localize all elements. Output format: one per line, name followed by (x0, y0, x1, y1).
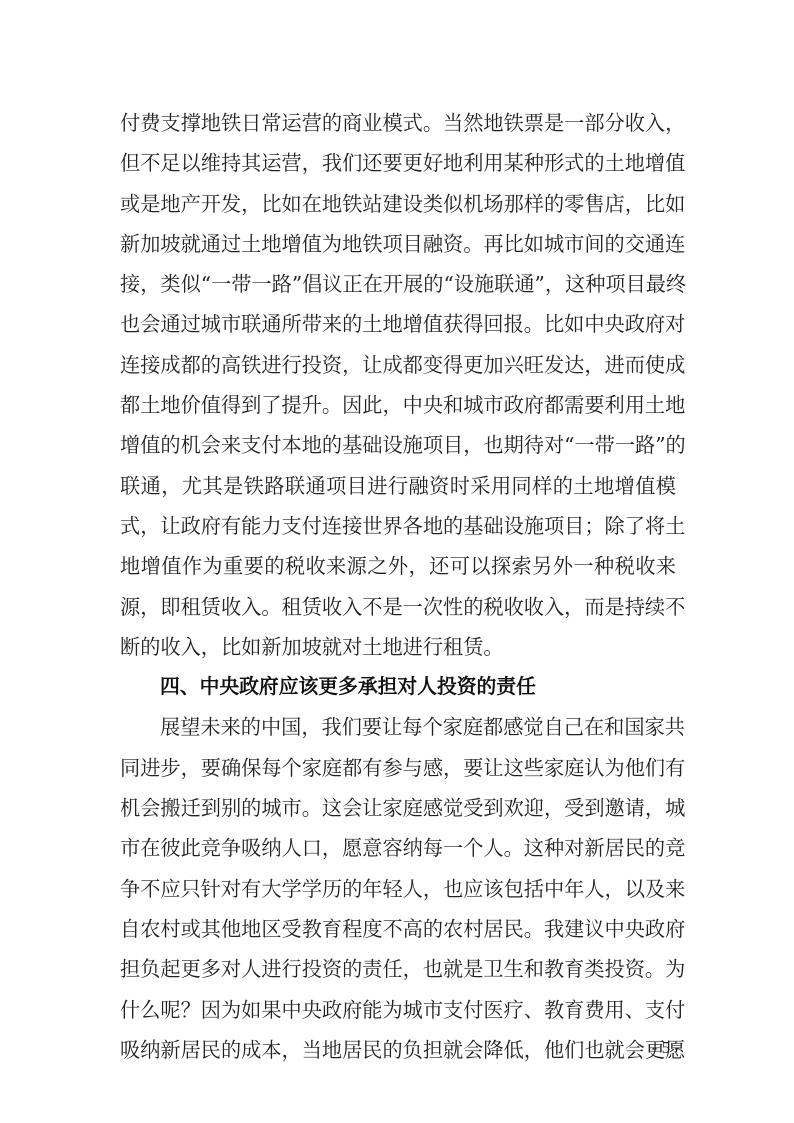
paragraph-line: 接，类似“一带一路”倡议正在开展的“设施联通”，这种项目最终 (120, 264, 676, 304)
paragraph-line: 市在彼此竞争吸纳人口，愿意容纳每一个人。这种对新居民的竞 (120, 828, 676, 868)
paragraph-line: 地增值作为重要的税收来源之外，还可以探索另外一种税收来 (120, 546, 676, 586)
paragraph-line: 展望未来的中国，我们要让每个家庭都感觉自己在和国家共 (120, 707, 676, 747)
paragraph-line: 新加坡就通过土地增值为地铁项目融资。再比如城市间的交通连 (120, 224, 676, 264)
paragraph-line: 机会搬迁到别的城市。这会让家庭感觉受到欢迎，受到邀请，城 (120, 788, 676, 828)
paragraph-line: 增值的机会来支付本地的基础设施项目，也期待对“一带一路”的 (120, 425, 676, 465)
document-page: 付费支撑地铁日常运营的商业模式。当然地铁票是一部分收入， 但不足以维持其运营，我… (0, 0, 794, 1123)
paragraph-line: 都土地价值得到了提升。因此，中央和城市政府都需要利用土地 (120, 385, 676, 425)
paragraph-line: 连接成都的高铁进行投资，让成都变得更加兴旺发达，进而使成 (120, 345, 676, 385)
paragraph-line: 什么呢？因为如果中央政府能为城市支付医疗、教育费用、支付 (120, 990, 676, 1030)
paragraph-line: 断的收入，比如新加坡就对土地进行租赁。 (120, 627, 676, 667)
paragraph-line: 争不应只针对有大学学历的年轻人，也应该包括中年人，以及来 (120, 869, 676, 909)
page-number: - 5 - (640, 1038, 680, 1058)
paragraph-line: 同进步，要确保每个家庭都有参与感，要让这些家庭认为他们有 (120, 748, 676, 788)
paragraph-line: 源，即租赁收入。租赁收入不是一次性的税收收入，而是持续不 (120, 587, 676, 627)
paragraph-line: 联通，尤其是铁路联通项目进行融资时采用同样的土地增值模 (120, 466, 676, 506)
paragraph-line: 但不足以维持其运营，我们还要更好地利用某种形式的土地增值 (120, 143, 676, 183)
paragraph-line: 式，让政府有能力支付连接世界各地的基础设施项目；除了将土 (120, 506, 676, 546)
paragraph-line: 担负起更多对人进行投资的责任，也就是卫生和教育类投资。为 (120, 949, 676, 989)
paragraph-line: 或是地产开发，比如在地铁站建设类似机场那样的零售店，比如 (120, 184, 676, 224)
paragraph-line: 付费支撑地铁日常运营的商业模式。当然地铁票是一部分收入， (120, 103, 676, 143)
paragraph-line: 也会通过城市联通所带来的土地增值获得回报。比如中央政府对 (120, 304, 676, 344)
paragraph-line: 吸纳新居民的成本，当地居民的负担就会降低，他们也就会更愿 (120, 1030, 676, 1070)
paragraph-line: 自农村或其他地区受教育程度不高的农村居民。我建议中央政府 (120, 909, 676, 949)
body-text: 付费支撑地铁日常运营的商业模式。当然地铁票是一部分收入， 但不足以维持其运营，我… (120, 103, 676, 1070)
section-heading: 四、中央政府应该更多承担对人投资的责任 (120, 667, 676, 707)
